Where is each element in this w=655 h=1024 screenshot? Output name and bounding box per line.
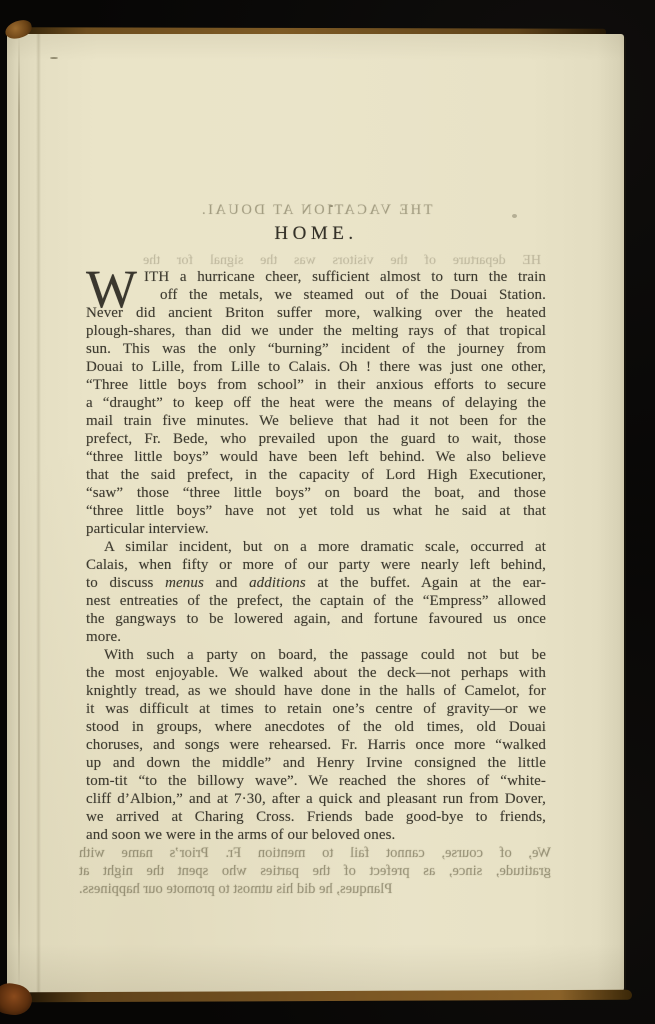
text-line: up and down the middle” and Henry Irvine…	[86, 754, 546, 772]
text-line: and soon we were in the arms of our belo…	[86, 826, 546, 844]
text-line: mail train five minutes. We believe that…	[86, 412, 546, 430]
text-line: off the metals, we steamed out of the Do…	[86, 286, 546, 304]
bleed-through-mid-line: HE departure of the visitors was the sig…	[143, 253, 541, 269]
text-line: the gangways to be lowered again, and fo…	[86, 610, 546, 628]
bleed-through-top-heading: THE VACATION AT DOUAI.	[86, 202, 546, 219]
text-line: With such a party on board, the passage …	[86, 646, 546, 664]
text-line: “saw” those “three little boys” on board…	[86, 484, 546, 502]
text-line: Never did ancient Briton suffer more, wa…	[86, 304, 546, 322]
text-line: prefect, Fr. Bede, who prevailed upon th…	[86, 430, 546, 448]
text-line: more.	[86, 628, 546, 646]
text-line: we arrived at Charing Cross. Friends bad…	[86, 808, 546, 826]
text-line: Douai to Lille, from Lille to Calais. Oh…	[86, 358, 546, 376]
paragraph: A similar incident, but on a more dramat…	[86, 538, 546, 646]
text-line: Calais, when fifty or more of our party …	[86, 556, 546, 574]
page-gutter-crease	[18, 34, 20, 993]
text-line: A similar incident, but on a more dramat…	[86, 538, 546, 556]
text-line: the most enjoyable. We walked about the …	[86, 664, 546, 682]
text-line: ITH a hurricane cheer, sufficient almost…	[86, 268, 546, 286]
text-line: “three little boys” have not yet told us…	[86, 502, 546, 520]
page-fold-shadow	[36, 34, 41, 993]
text-line: nest entreaties of the prefect, the capt…	[86, 592, 546, 610]
text-line: it was difficult at times to retain one’…	[86, 700, 546, 718]
chapter-heading: HOME.	[86, 223, 546, 245]
photo-background: THE VACATION AT DOUAI. HOME. HE departur…	[0, 0, 655, 1024]
text-line: particular interview.	[86, 520, 546, 538]
text-line: sun. This was the only “burning” inciden…	[86, 340, 546, 358]
text-line: that the said prefect, in the capacity o…	[86, 466, 546, 484]
book-cover-bottom-edge	[28, 990, 632, 1003]
bleed-text-line: We, of course, cannot fail to mention Fr…	[79, 844, 551, 862]
text-line: plough-shares, than did we under the mel…	[86, 322, 546, 340]
text-line: “Three little boys from school” in their…	[86, 376, 546, 394]
text-block: WITH a hurricane cheer, sufficient almos…	[86, 268, 546, 844]
bleed-text-line: gratitude, since, as prefect of the part…	[79, 862, 551, 880]
bleed-text-line: Planques, he did his utmost to promote o…	[79, 880, 551, 898]
text-line: “three little boys” would have been left…	[86, 448, 546, 466]
text-line: knightly tread, as we should have done i…	[86, 682, 546, 700]
text-line: a “draught” to keep off the heat were th…	[86, 394, 546, 412]
paragraph: WITH a hurricane cheer, sufficient almos…	[86, 268, 546, 538]
text-line: choruses, and songs were rehearsed. Fr. …	[86, 736, 546, 754]
ink-speck	[50, 57, 58, 59]
text-line: cliff d’Albion,” and at 7·30, after a qu…	[86, 790, 546, 808]
paragraph: With such a party on board, the passage …	[86, 646, 546, 844]
book-page: THE VACATION AT DOUAI. HOME. HE departur…	[7, 34, 624, 993]
text-line: tom-tit “to the billowy wave”. We reache…	[86, 772, 546, 790]
text-line: to discuss menus and additions at the bu…	[86, 574, 546, 592]
bleed-through-bottom: We, of course, cannot fail to mention Fr…	[79, 844, 551, 898]
drop-cap: W	[86, 265, 137, 313]
text-line: stood in groups, where anecdotes of the …	[86, 718, 546, 736]
